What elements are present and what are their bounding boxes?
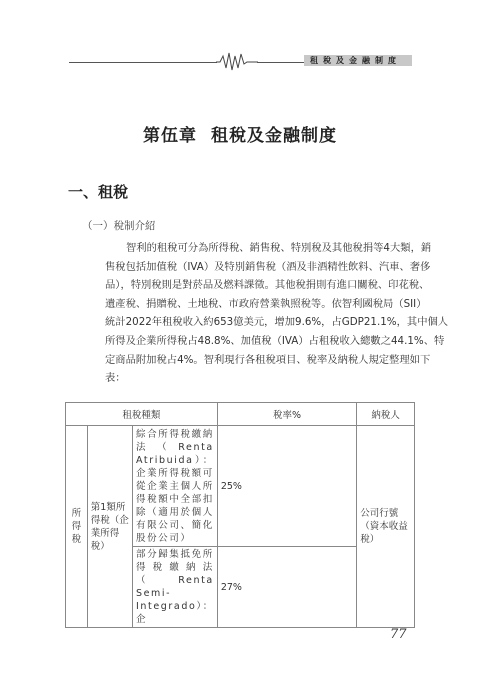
header-tax-type: 租稅種類 — [66, 403, 218, 426]
subsection-title: （一）稅制介紹 — [82, 218, 156, 233]
chapter-name: 租稅及金融制度 — [211, 126, 337, 146]
tax-subcategory-cell: 第1類所得稅（企業所得稅） — [87, 426, 132, 628]
tax-description-cell: 綜合所得稅繳納法（Renta Atribuida）：企業所得稅額可從企業主個人所… — [132, 426, 217, 547]
page-number: 77 — [390, 627, 407, 642]
chapter-title: 第伍章租稅及金融制度 — [0, 121, 480, 146]
paragraph-line: 遺產稅、捐贈稅、土地稅、市政府營業執照稅等。依智利國稅局（SII） — [105, 295, 409, 314]
tax-category-cell: 所得稅 — [66, 426, 88, 628]
header-rule-right — [257, 62, 304, 63]
zigzag-ornament-icon — [216, 50, 258, 74]
paragraph-line: 品），特別稅則是對菸品及燃料課徵。其他稅捐則有進口關稅、印花稅、 — [105, 276, 409, 295]
body-paragraph: 智利的租稅可分為所得稅、銷售稅、特別稅及其他稅捐等4大類，銷 售稅包括加值稅（I… — [105, 239, 409, 388]
paragraph-line: 智利的租稅可分為所得稅、銷售稅、特別稅及其他稅捐等4大類，銷 — [105, 239, 409, 258]
tax-rate-cell: 25% — [217, 426, 356, 547]
chapter-number: 第伍章 — [143, 126, 197, 146]
paragraph-line: 所得及企業所得稅占48.8%、加值稅（IVA）占租稅收入總數之44.1%、特 — [105, 332, 409, 351]
running-head: 租稅及金融制度 — [0, 40, 480, 70]
tax-description-cell: 部分歸集抵免所得稅繳納法（Renta Semi-Integrado）：企 — [132, 547, 217, 628]
header-tax-rate: 稅率% — [217, 403, 356, 426]
tax-table: 租稅種類 稅率% 納稅人 所得稅 第1類所得稅（企業所得稅） 綜合所得稅繳納法（… — [65, 402, 415, 628]
table-header-row: 租稅種類 稅率% 納稅人 — [66, 403, 415, 426]
section-title: 一、租稅 — [68, 181, 128, 202]
header-rule-left — [69, 62, 217, 63]
paragraph-line: 表： — [105, 369, 409, 388]
taxpayer-cell: 公司行號（資本收益稅） — [357, 426, 415, 628]
paragraph-line: 定商品附加稅占4%。智利現行各租稅項目、稅率及納稅人規定整理如下 — [105, 351, 409, 370]
running-head-title: 租稅及金融制度 — [304, 55, 412, 66]
paragraph-line: 售稅包括加值稅（IVA）及特別銷售稅（酒及非酒精性飲料、汽車、奢侈 — [105, 258, 409, 277]
header-taxpayer: 納稅人 — [357, 403, 415, 426]
paragraph-line: 統計2022年租稅收入約653億美元，增加9.6%，占GDP21.1%，其中個人 — [105, 313, 409, 332]
tax-rate-cell: 27% — [217, 547, 356, 628]
table-row: 所得稅 第1類所得稅（企業所得稅） 綜合所得稅繳納法（Renta Atribui… — [66, 426, 415, 547]
